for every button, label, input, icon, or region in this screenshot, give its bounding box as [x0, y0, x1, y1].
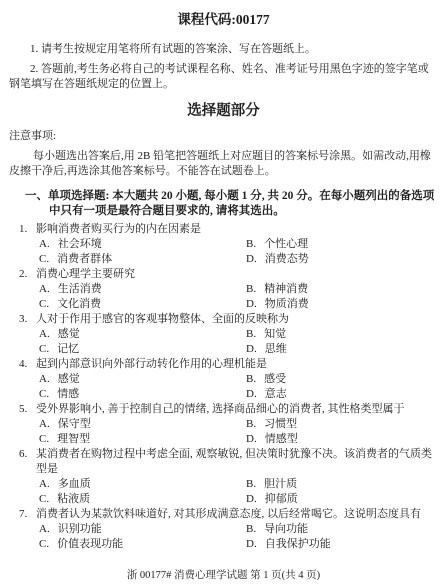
option-label: D.	[246, 493, 257, 505]
option-text: 识别功能	[58, 523, 102, 535]
option-text: 感觉	[58, 373, 80, 385]
question-number: 1.	[19, 222, 36, 237]
page-footer: 浙 00177# 消费心理学试题 第 1 页(共 4 页)	[9, 568, 438, 583]
question-number: 4.	[19, 357, 36, 372]
option: B.胆汁质	[246, 477, 438, 492]
option-label: A.	[39, 373, 50, 385]
question-stem-text: 影响消费者购买行为的内在因素是	[36, 223, 201, 235]
option: D.物质消费	[246, 297, 438, 312]
option-text: 消费态势	[265, 253, 309, 265]
option-text: 感受	[264, 373, 286, 385]
option-label: C.	[39, 343, 49, 355]
option-text: 精神消费	[264, 283, 308, 295]
option-text: 知觉	[264, 328, 286, 340]
part-one-heading: 一、单项选择题: 本大题共 20 小题, 每小题 1 分, 共 20 分。在每小…	[9, 189, 438, 219]
question: 4.起到内部意识向外部行动转化作用的心理机能是 A.感觉B.感受C.情感D.意志	[9, 357, 438, 402]
option-label: B.	[246, 523, 256, 535]
option-label: D.	[246, 388, 257, 400]
question-stem-text: 消费者认为某款饮料味道好, 对其形成满意态度, 以后经常喝它。这说明态度具有	[36, 508, 421, 520]
option: B.习惯型	[246, 417, 438, 432]
question-stem-text: 起到内部意识向外部行动转化作用的心理机能是	[36, 358, 267, 370]
option: C.记忆	[9, 342, 246, 357]
option-label: D.	[246, 433, 257, 445]
notice-label: 注意事项:	[9, 129, 438, 144]
option: C.消费者群体	[9, 252, 246, 267]
question-stem: 5.受外界影响小, 善于控制自己的情绪, 选择商品细心的消费者, 其性格类型属于	[9, 402, 438, 417]
option-text: 抑郁质	[265, 493, 298, 505]
question-stem: 7.消费者认为某款饮料味道好, 对其形成满意态度, 以后经常喝它。这说明态度具有	[9, 507, 438, 522]
option-label: B.	[246, 373, 256, 385]
option-text: 情感	[57, 388, 79, 400]
option: D.思维	[246, 342, 438, 357]
option: C.理智型	[9, 432, 246, 447]
option-label: A.	[39, 418, 50, 430]
option-label: A.	[39, 283, 50, 295]
option-text: 情感型	[265, 433, 298, 445]
option-label: B.	[246, 418, 256, 430]
option: A.社会环境	[9, 237, 246, 252]
question: 6.某消费者在购物过程中考虑全面, 观察敏锐, 但决策时犹豫不决。该消费者的气质…	[9, 447, 438, 507]
notice-block: 注意事项: 每小题选出答案后,用 2B 铅笔把答题纸上对应题目的答案标号涂黑。如…	[9, 129, 438, 179]
question: 7.消费者认为某款饮料味道好, 对其形成满意态度, 以后经常喝它。这说明态度具有…	[9, 507, 438, 552]
option-text: 个性心理	[264, 238, 308, 250]
question-number: 6.	[19, 447, 36, 462]
question: 3.人对于作用于感官的客观事物整体、全面的反映称为 A.感觉B.知觉C.记忆D.…	[9, 312, 438, 357]
option: D.意志	[246, 387, 438, 402]
option: C.文化消费	[9, 297, 246, 312]
option-text: 习惯型	[264, 418, 297, 430]
option-label: D.	[246, 253, 257, 265]
question: 5.受外界影响小, 善于控制自己的情绪, 选择商品细心的消费者, 其性格类型属于…	[9, 402, 438, 447]
question-stem-text: 受外界影响小, 善于控制自己的情绪, 选择商品细心的消费者, 其性格类型属于	[36, 403, 405, 415]
question-number: 5.	[19, 402, 36, 417]
exam-instruction-2: 2. 答题前,考生务必将自己的考试课程名称、姓名、准考证号用黑色字迹的签字笔或钢…	[9, 62, 438, 92]
option-text: 自我保护功能	[265, 538, 331, 550]
option: D.消费态势	[246, 252, 438, 267]
question-stem: 4.起到内部意识向外部行动转化作用的心理机能是	[9, 357, 438, 372]
option-label: B.	[246, 238, 256, 250]
option-text: 价值表现功能	[57, 538, 123, 550]
question-options: A.感觉B.感受C.情感D.意志	[9, 372, 438, 402]
notice-paragraph: 每小题选出答案后,用 2B 铅笔把答题纸上对应题目的答案标号涂黑。如需改动,用橡…	[9, 149, 438, 179]
course-code-title: 课程代码:00177	[9, 11, 438, 28]
question-options: A.识别功能B.导向功能C.价值表现功能D.自我保护功能	[9, 522, 438, 552]
option-label: D.	[246, 343, 257, 355]
option: A.识别功能	[9, 522, 246, 537]
option: A.生活消费	[9, 282, 246, 297]
option-text: 意志	[265, 388, 287, 400]
question: 1.影响消费者购买行为的内在因素是 A.社会环境B.个性心理C.消费者群体D.消…	[9, 222, 438, 267]
option-text: 多血质	[58, 478, 91, 490]
question-stem: 1.影响消费者购买行为的内在因素是	[9, 222, 438, 237]
option-text: 导向功能	[264, 523, 308, 535]
option: D.抑郁质	[246, 492, 438, 507]
question-stem: 3.人对于作用于感官的客观事物整体、全面的反映称为	[9, 312, 438, 327]
option-label: C.	[39, 388, 49, 400]
question-stem: 6.某消费者在购物过程中考虑全面, 观察敏锐, 但决策时犹豫不决。该消费者的气质…	[9, 447, 438, 477]
option-label: D.	[246, 538, 257, 550]
option-text: 胆汁质	[264, 478, 297, 490]
exam-instruction-1: 1. 请考生按规定用笔将所有试题的答案涂、写在答题纸上。	[9, 42, 438, 57]
question-number: 2.	[19, 267, 36, 282]
exam-paper-page: 课程代码:00177 1. 请考生按规定用笔将所有试题的答案涂、写在答题纸上。 …	[0, 0, 447, 585]
option-label: C.	[39, 298, 49, 310]
option: C.价值表现功能	[9, 537, 246, 552]
section-title: 选择题部分	[9, 102, 438, 120]
option: C.情感	[9, 387, 246, 402]
option-text: 消费者群体	[57, 253, 112, 265]
option-label: A.	[39, 478, 50, 490]
exam-instructions: 1. 请考生按规定用笔将所有试题的答案涂、写在答题纸上。 2. 答题前,考生务必…	[9, 42, 438, 92]
question: 2.消费心理学主要研究 A.生活消费B.精神消费C.文化消费D.物质消费	[9, 267, 438, 312]
option: D.情感型	[246, 432, 438, 447]
option: B.导向功能	[246, 522, 438, 537]
option-text: 物质消费	[265, 298, 309, 310]
question-stem-text: 某消费者在购物过程中考虑全面, 观察敏锐, 但决策时犹豫不决。该消费者的气质类型…	[36, 448, 432, 475]
option-label: B.	[246, 283, 256, 295]
option-label: D.	[246, 298, 257, 310]
option: A.多血质	[9, 477, 246, 492]
question-options: A.保守型B.习惯型C.理智型D.情感型	[9, 417, 438, 447]
option-text: 粘液质	[57, 493, 90, 505]
option-text: 文化消费	[57, 298, 101, 310]
option: C.粘液质	[9, 492, 246, 507]
question-options: A.感觉B.知觉C.记忆D.思维	[9, 327, 438, 357]
option: D.自我保护功能	[246, 537, 438, 552]
question-list: 1.影响消费者购买行为的内在因素是 A.社会环境B.个性心理C.消费者群体D.消…	[9, 222, 438, 552]
option-text: 生活消费	[58, 283, 102, 295]
option-label: C.	[39, 493, 49, 505]
option-label: C.	[39, 253, 49, 265]
option-label: A.	[39, 328, 50, 340]
option: B.知觉	[246, 327, 438, 342]
option-text: 思维	[265, 343, 287, 355]
option-text: 理智型	[57, 433, 90, 445]
question-options: A.社会环境B.个性心理C.消费者群体D.消费态势	[9, 237, 438, 267]
option-text: 记忆	[57, 343, 79, 355]
option: A.感觉	[9, 372, 246, 387]
option-label: B.	[246, 328, 256, 340]
option-label: B.	[246, 478, 256, 490]
option-text: 社会环境	[58, 238, 102, 250]
question-number: 3.	[19, 312, 36, 327]
option: B.精神消费	[246, 282, 438, 297]
option-label: C.	[39, 433, 49, 445]
option-label: C.	[39, 538, 49, 550]
question-stem: 2.消费心理学主要研究	[9, 267, 438, 282]
question-stem-text: 消费心理学主要研究	[36, 268, 135, 280]
option-text: 保守型	[58, 418, 91, 430]
question-stem-text: 人对于作用于感官的客观事物整体、全面的反映称为	[36, 313, 289, 325]
option: A.保守型	[9, 417, 246, 432]
option: A.感觉	[9, 327, 246, 342]
option-text: 感觉	[58, 328, 80, 340]
option: B.个性心理	[246, 237, 438, 252]
option-label: A.	[39, 523, 50, 535]
question-number: 7.	[19, 507, 36, 522]
question-options: A.生活消费B.精神消费C.文化消费D.物质消费	[9, 282, 438, 312]
option: B.感受	[246, 372, 438, 387]
question-options: A.多血质B.胆汁质C.粘液质D.抑郁质	[9, 477, 438, 507]
option-label: A.	[39, 238, 50, 250]
